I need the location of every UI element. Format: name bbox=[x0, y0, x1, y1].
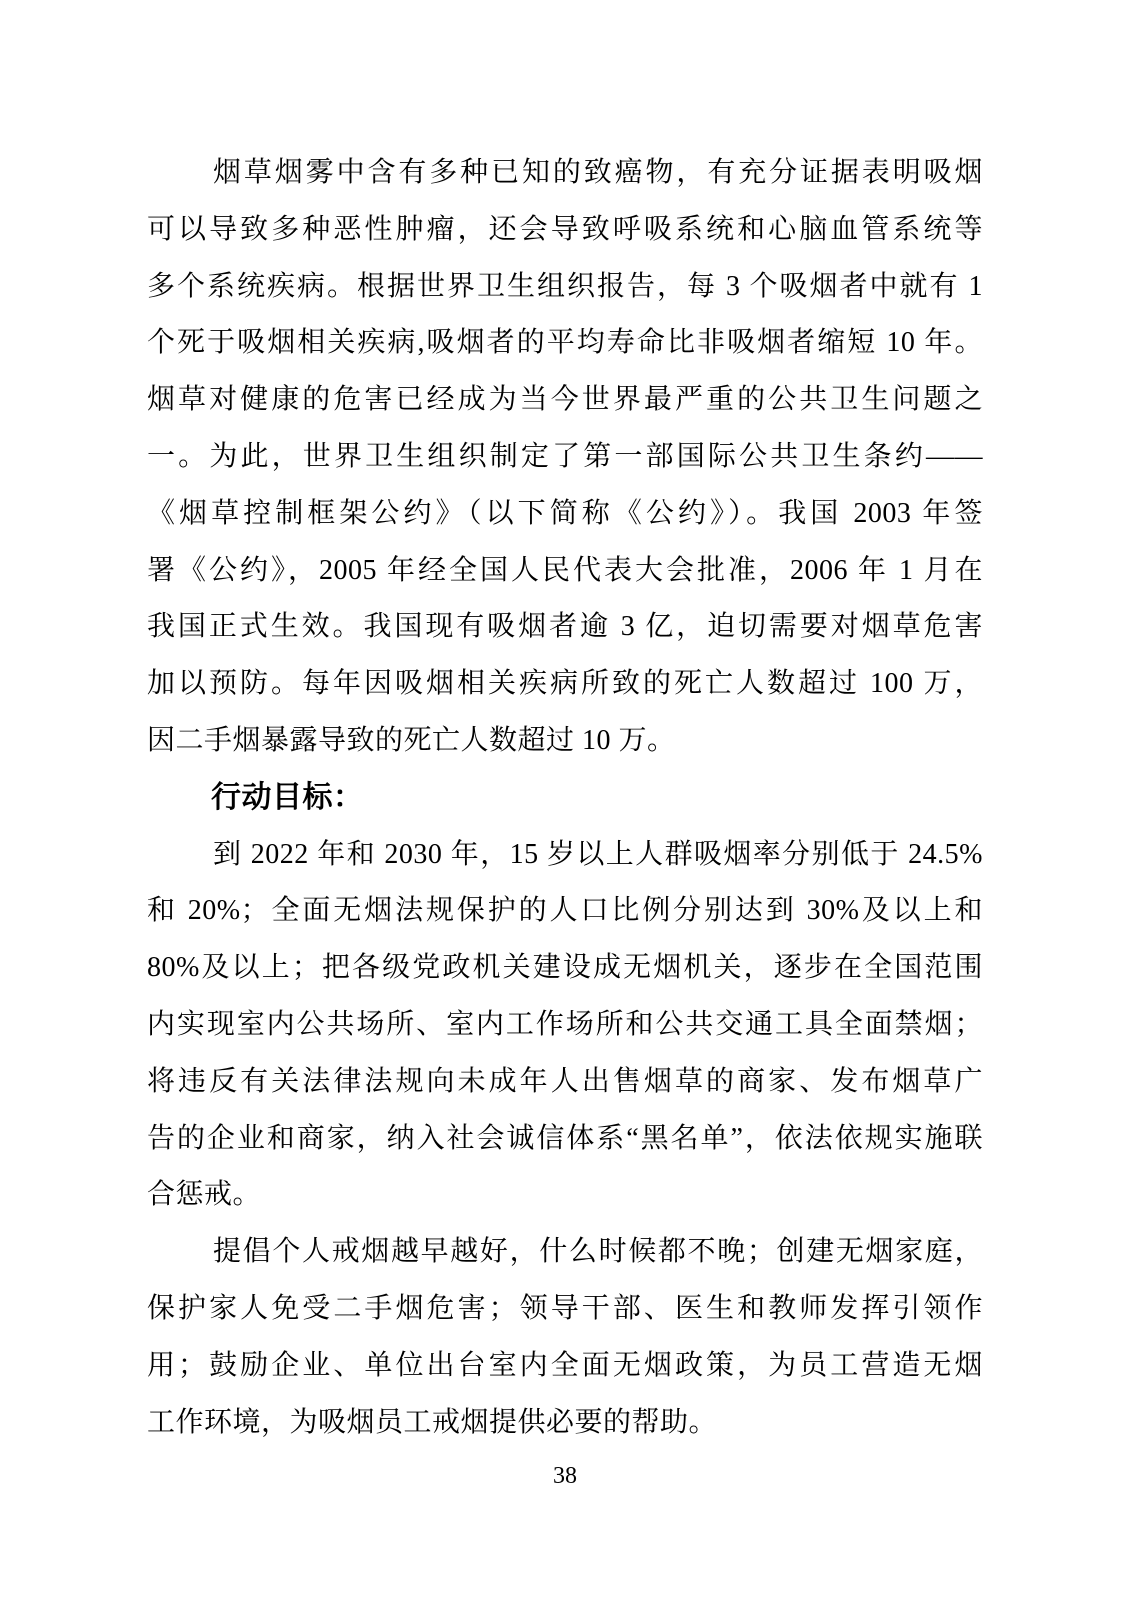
paragraph-line: 保护家人免受二手烟危害；领导干部、医生和教师发挥引领作 bbox=[147, 1281, 983, 1338]
paragraph-line: 我国正式生效。我国现有吸烟者逾 3 亿，迫切需要对烟草危害 bbox=[147, 599, 983, 656]
text-block: 烟草烟雾中含有多种已知的致癌物，有充分证据表明吸烟 可以导致多种恶性肿瘤，还会导… bbox=[147, 145, 983, 1451]
paragraph-line: 提倡个人戒烟越早越好，什么时候都不晚；创建无烟家庭， bbox=[147, 1224, 983, 1281]
paragraph-line: 烟草烟雾中含有多种已知的致癌物，有充分证据表明吸烟 bbox=[147, 145, 983, 202]
paragraph-line: 加以预防。每年因吸烟相关疾病所致的死亡人数超过 100 万， bbox=[147, 656, 983, 713]
paragraph-line: 可以导致多种恶性肿瘤，还会导致呼吸系统和心脑血管系统等 bbox=[147, 202, 983, 259]
section-heading: 行动目标： bbox=[147, 770, 983, 827]
paragraph-line: 用；鼓励企业、单位出台室内全面无烟政策，为员工营造无烟 bbox=[147, 1338, 983, 1395]
paragraph-line: 《烟草控制框架公约》（以下简称《公约》）。我国 2003 年签 bbox=[147, 486, 983, 543]
paragraph-line: 多个系统疾病。根据世界卫生组织报告，每 3 个吸烟者中就有 1 bbox=[147, 259, 983, 316]
paragraph-line: 工作环境，为吸烟员工戒烟提供必要的帮助。 bbox=[147, 1395, 983, 1452]
paragraph-line: 80%及以上；把各级党政机关建设成无烟机关，逐步在全国范围 bbox=[147, 940, 983, 997]
paragraph-line: 合惩戒。 bbox=[147, 1167, 983, 1224]
paragraph-line: 署《公约》，2005 年经全国人民代表大会批准，2006 年 1 月在 bbox=[147, 543, 983, 600]
paragraph-line: 因二手烟暴露导致的死亡人数超过 10 万。 bbox=[147, 713, 983, 770]
paragraph-line: 将违反有关法律法规向未成年人出售烟草的商家、发布烟草广 bbox=[147, 1054, 983, 1111]
paragraph-line: 和 20%；全面无烟法规保护的人口比例分别达到 30%及以上和 bbox=[147, 883, 983, 940]
paragraph-line: 一。为此，世界卫生组织制定了第一部国际公共卫生条约—— bbox=[147, 429, 983, 486]
paragraph-line: 到 2022 年和 2030 年，15 岁以上人群吸烟率分别低于 24.5% bbox=[147, 827, 983, 884]
paragraph-line: 告的企业和商家，纳入社会诚信体系“黑名单”，依法依规实施联 bbox=[147, 1111, 983, 1168]
document-page: 烟草烟雾中含有多种已知的致癌物，有充分证据表明吸烟 可以导致多种恶性肿瘤，还会导… bbox=[0, 0, 1131, 1600]
paragraph-line: 烟草对健康的危害已经成为当今世界最严重的公共卫生问题之 bbox=[147, 372, 983, 429]
paragraph-line: 个死于吸烟相关疾病,吸烟者的平均寿命比非吸烟者缩短 10 年。 bbox=[147, 315, 983, 372]
page-number: 38 bbox=[147, 1458, 983, 1494]
paragraph-line: 内实现室内公共场所、室内工作场所和公共交通工具全面禁烟； bbox=[147, 997, 983, 1054]
